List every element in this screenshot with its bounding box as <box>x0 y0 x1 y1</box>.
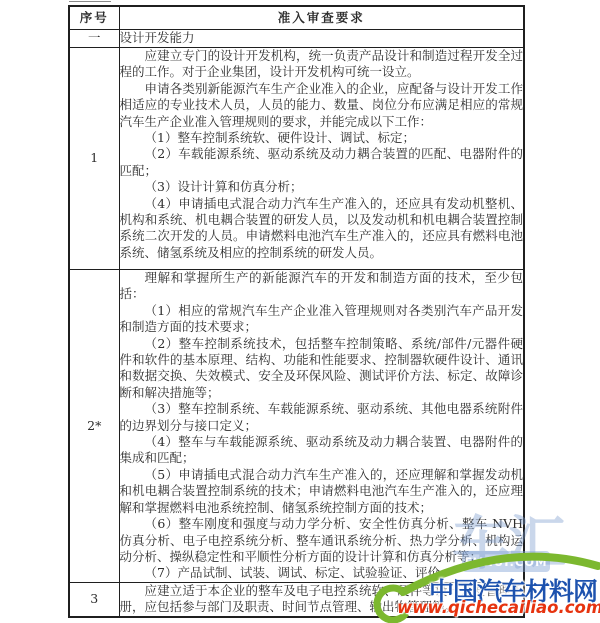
row-number: 1 <box>69 48 119 270</box>
admission-requirements-table: 序号 准入审查要求 一设计开发能力1应建立专门的设计开发机构，统一负责产品设计和… <box>68 5 525 618</box>
row-requirement-text: 应建立专门的设计开发机构，统一负责产品设计和制造过程开发全过程的工作。对于企业集… <box>119 48 524 270</box>
requirement-paragraph: 应建立专门的设计开发机构，统一负责产品设计和制造过程开发全过程的工作。对于企业集… <box>120 48 524 81</box>
row-number: 2* <box>69 270 119 583</box>
requirement-paragraph: （4）申请插电式混合动力汽车生产准入的，还应具有发动机整机、机构和系统、机电耦合… <box>120 196 524 262</box>
requirement-paragraph: （1）相应的常规汽车生产企业准入管理规则对各类别汽车产品开发和制造方面的技术要求… <box>120 303 524 336</box>
col-header-seq: 序号 <box>69 6 119 30</box>
table-header-row: 序号 准入审查要求 <box>69 6 524 30</box>
requirement-paragraph: （7）产品试制、试装、调试、标定、试验验证、评价。 <box>120 565 524 581</box>
table-row: 2*理解和掌握所生产的新能源汽车的开发和制造方面的技术，至少包括：（1）相应的常… <box>69 270 524 583</box>
row-requirement-text: 设计开发能力 <box>119 30 524 48</box>
requirement-paragraph: （2）车载能源系统、驱动系统及动力耦合装置的匹配、电器附件的匹配； <box>120 146 524 179</box>
requirement-paragraph: （3）整车控制系统、车载能源系统、驱动系统、其他电器系统附件的边界划分与接口定义… <box>120 401 524 434</box>
requirement-paragraph: （3）设计计算和仿真分析； <box>120 179 524 195</box>
row-requirement-text: 应建立适于本企业的整车及电子电控系统软、硬件等设计开发管理手册，应包括参与部门及… <box>119 582 524 616</box>
requirement-paragraph: （5）申请插电式混合动力汽车生产准入的，还应理解和掌握发动机和机电耦合装置控制系… <box>120 467 524 516</box>
requirement-paragraph: 理解和掌握所生产的新能源汽车的开发和制造方面的技术，至少包括： <box>120 270 524 303</box>
table-body: 一设计开发能力1应建立专门的设计开发机构，统一负责产品设计和制造过程开发全过程的… <box>69 30 524 617</box>
row-requirement-text: 理解和掌握所生产的新能源汽车的开发和制造方面的技术，至少包括：（1）相应的常规汽… <box>119 270 524 583</box>
scan-artifact-line <box>69 1 111 2</box>
requirement-paragraph: 申请各类别新能源汽车生产企业准入的企业，应配备与设计开发工作相适应的专业技术人员… <box>120 81 524 130</box>
requirement-paragraph: （6）整车刚度和强度与动力学分析、安全性仿真分析、整车 NVH 仿真分析、电子电… <box>120 516 524 565</box>
col-header-requirements: 准入审查要求 <box>119 6 524 30</box>
table-row: 3应建立适于本企业的整车及电子电控系统软、硬件等设计开发管理手册，应包括参与部门… <box>69 582 524 616</box>
table-row: 1应建立专门的设计开发机构，统一负责产品设计和制造过程开发全过程的工作。对于企业… <box>69 48 524 270</box>
document-page: 序号 准入审查要求 一设计开发能力1应建立专门的设计开发机构，统一负责产品设计和… <box>0 0 600 623</box>
table-row: 一设计开发能力 <box>69 30 524 48</box>
row-number: 3 <box>69 582 119 616</box>
requirement-paragraph: （4）整车与车载能源系统、驱动系统及动力耦合装置、电器附件的集成和匹配； <box>120 434 524 467</box>
requirement-paragraph: （1）整车控制系统软、硬件设计、调试、标定； <box>120 130 524 146</box>
row-number: 一 <box>69 30 119 48</box>
requirement-paragraph: 应建立适于本企业的整车及电子电控系统软、硬件等设计开发管理手册，应包括参与部门及… <box>120 583 524 616</box>
requirement-paragraph: 设计开发能力 <box>120 30 524 46</box>
requirement-paragraph: （2）整车控制系统技术，包括整车控制策略、系统/部件/元器件硬件和软件的基本原理… <box>120 336 524 402</box>
